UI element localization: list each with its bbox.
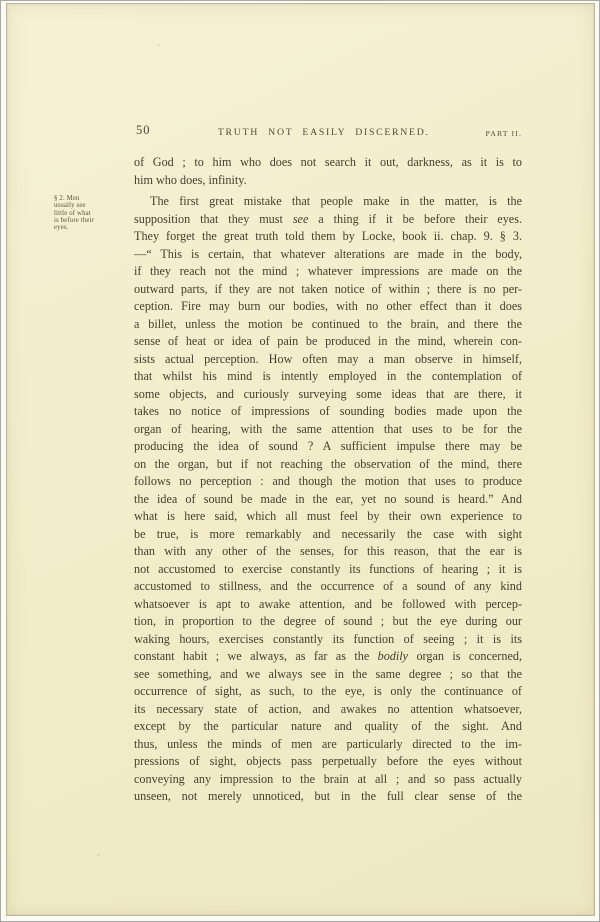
text-line: thus, unless the minds of men are partic… (134, 736, 522, 754)
margin-note-line: eyes. (54, 224, 130, 231)
scanned-page: 50 TRUTH NOT EASILY DISCERNED. PART II. … (0, 0, 600, 922)
text-line: sense of heat or idea of pain be produce… (134, 333, 522, 351)
text-line: pressions of sight, objects pass perpetu… (134, 753, 522, 771)
text-line: —“ This is certain, that whatever altera… (134, 246, 522, 264)
text-line: sists actual perception. How often may a… (134, 351, 522, 369)
text-line: whatsoever is apt to awake attention, an… (134, 596, 522, 614)
body-text: of God ; to him who does not search it o… (134, 154, 522, 806)
text-line: outward parts, if they are not taken not… (134, 281, 522, 299)
text-line: him who does, infinity. (134, 172, 522, 190)
text-line: the idea of sound be made in the ear, ye… (134, 491, 522, 509)
margin-note-line: § 2. Men (54, 195, 130, 202)
page-header: 50 TRUTH NOT EASILY DISCERNED. PART II. (134, 123, 522, 138)
text-line: what is here said, which all must feel b… (134, 508, 522, 526)
text-line: a billet, unless the motion be continued… (134, 316, 522, 334)
text-line: some objects, and curiously surveying so… (134, 386, 522, 404)
text-line: not accustomed to exercise constantly it… (134, 561, 522, 579)
margin-note-line: usually see (54, 202, 130, 209)
text-line: ception. Fire may burn our bodies, with … (134, 298, 522, 316)
page-content: 50 TRUTH NOT EASILY DISCERNED. PART II. … (1, 1, 599, 921)
text-line: conveying any impression to the brain at… (134, 771, 522, 789)
text-line: tion, in proportion to the degree of sou… (134, 613, 522, 631)
text-line: than with any other of the senses, for t… (134, 543, 522, 561)
text-line: that whilst his mind is intently employe… (134, 368, 522, 386)
part-label: PART II. (486, 129, 523, 138)
text-line: on the organ, but if not reaching the ob… (134, 456, 522, 474)
text-line: accustomed to stillness, and the occurre… (134, 578, 522, 596)
text-line: takes no notice of impressions of soundi… (134, 403, 522, 421)
text-line: its necessary state of action, and awake… (134, 701, 522, 719)
running-head: TRUTH NOT EASILY DISCERNED. (218, 127, 430, 138)
page-number: 50 (136, 123, 151, 138)
text-line: constant habit ; we always, as far as th… (134, 648, 522, 666)
text-line: They forget the great truth told them by… (134, 228, 522, 246)
text-line: producing the idea of sound ? A sufficie… (134, 438, 522, 456)
text-line: of God ; to him who does not search it o… (134, 154, 522, 172)
margin-note: § 2. Menusually seelittle of whatis befo… (54, 195, 130, 231)
text-line: see something, and we always see in the … (134, 666, 522, 684)
text-line: unseen, not merely unnoticed, but in the… (134, 788, 522, 806)
paragraph: The first great mistake that people make… (134, 193, 522, 806)
text-line: supposition that they must see a thing i… (134, 211, 522, 229)
text-line: if they reach not the mind ; whatever im… (134, 263, 522, 281)
margin-note-line: little of what (54, 210, 130, 217)
text-line: except by the particular nature and qual… (134, 718, 522, 736)
text-line: follows no perception : and though the m… (134, 473, 522, 491)
text-line: The first great mistake that people make… (134, 193, 522, 211)
text-line: be true, is more remarkably and necessar… (134, 526, 522, 544)
text-line: occurrence of sight, as such, to the eye… (134, 683, 522, 701)
text-line: waking hours, exercises constantly its f… (134, 631, 522, 649)
paragraph: of God ; to him who does not search it o… (134, 154, 522, 189)
margin-note-line: is before their (54, 217, 130, 224)
text-line: organ of hearing, with the same attentio… (134, 421, 522, 439)
